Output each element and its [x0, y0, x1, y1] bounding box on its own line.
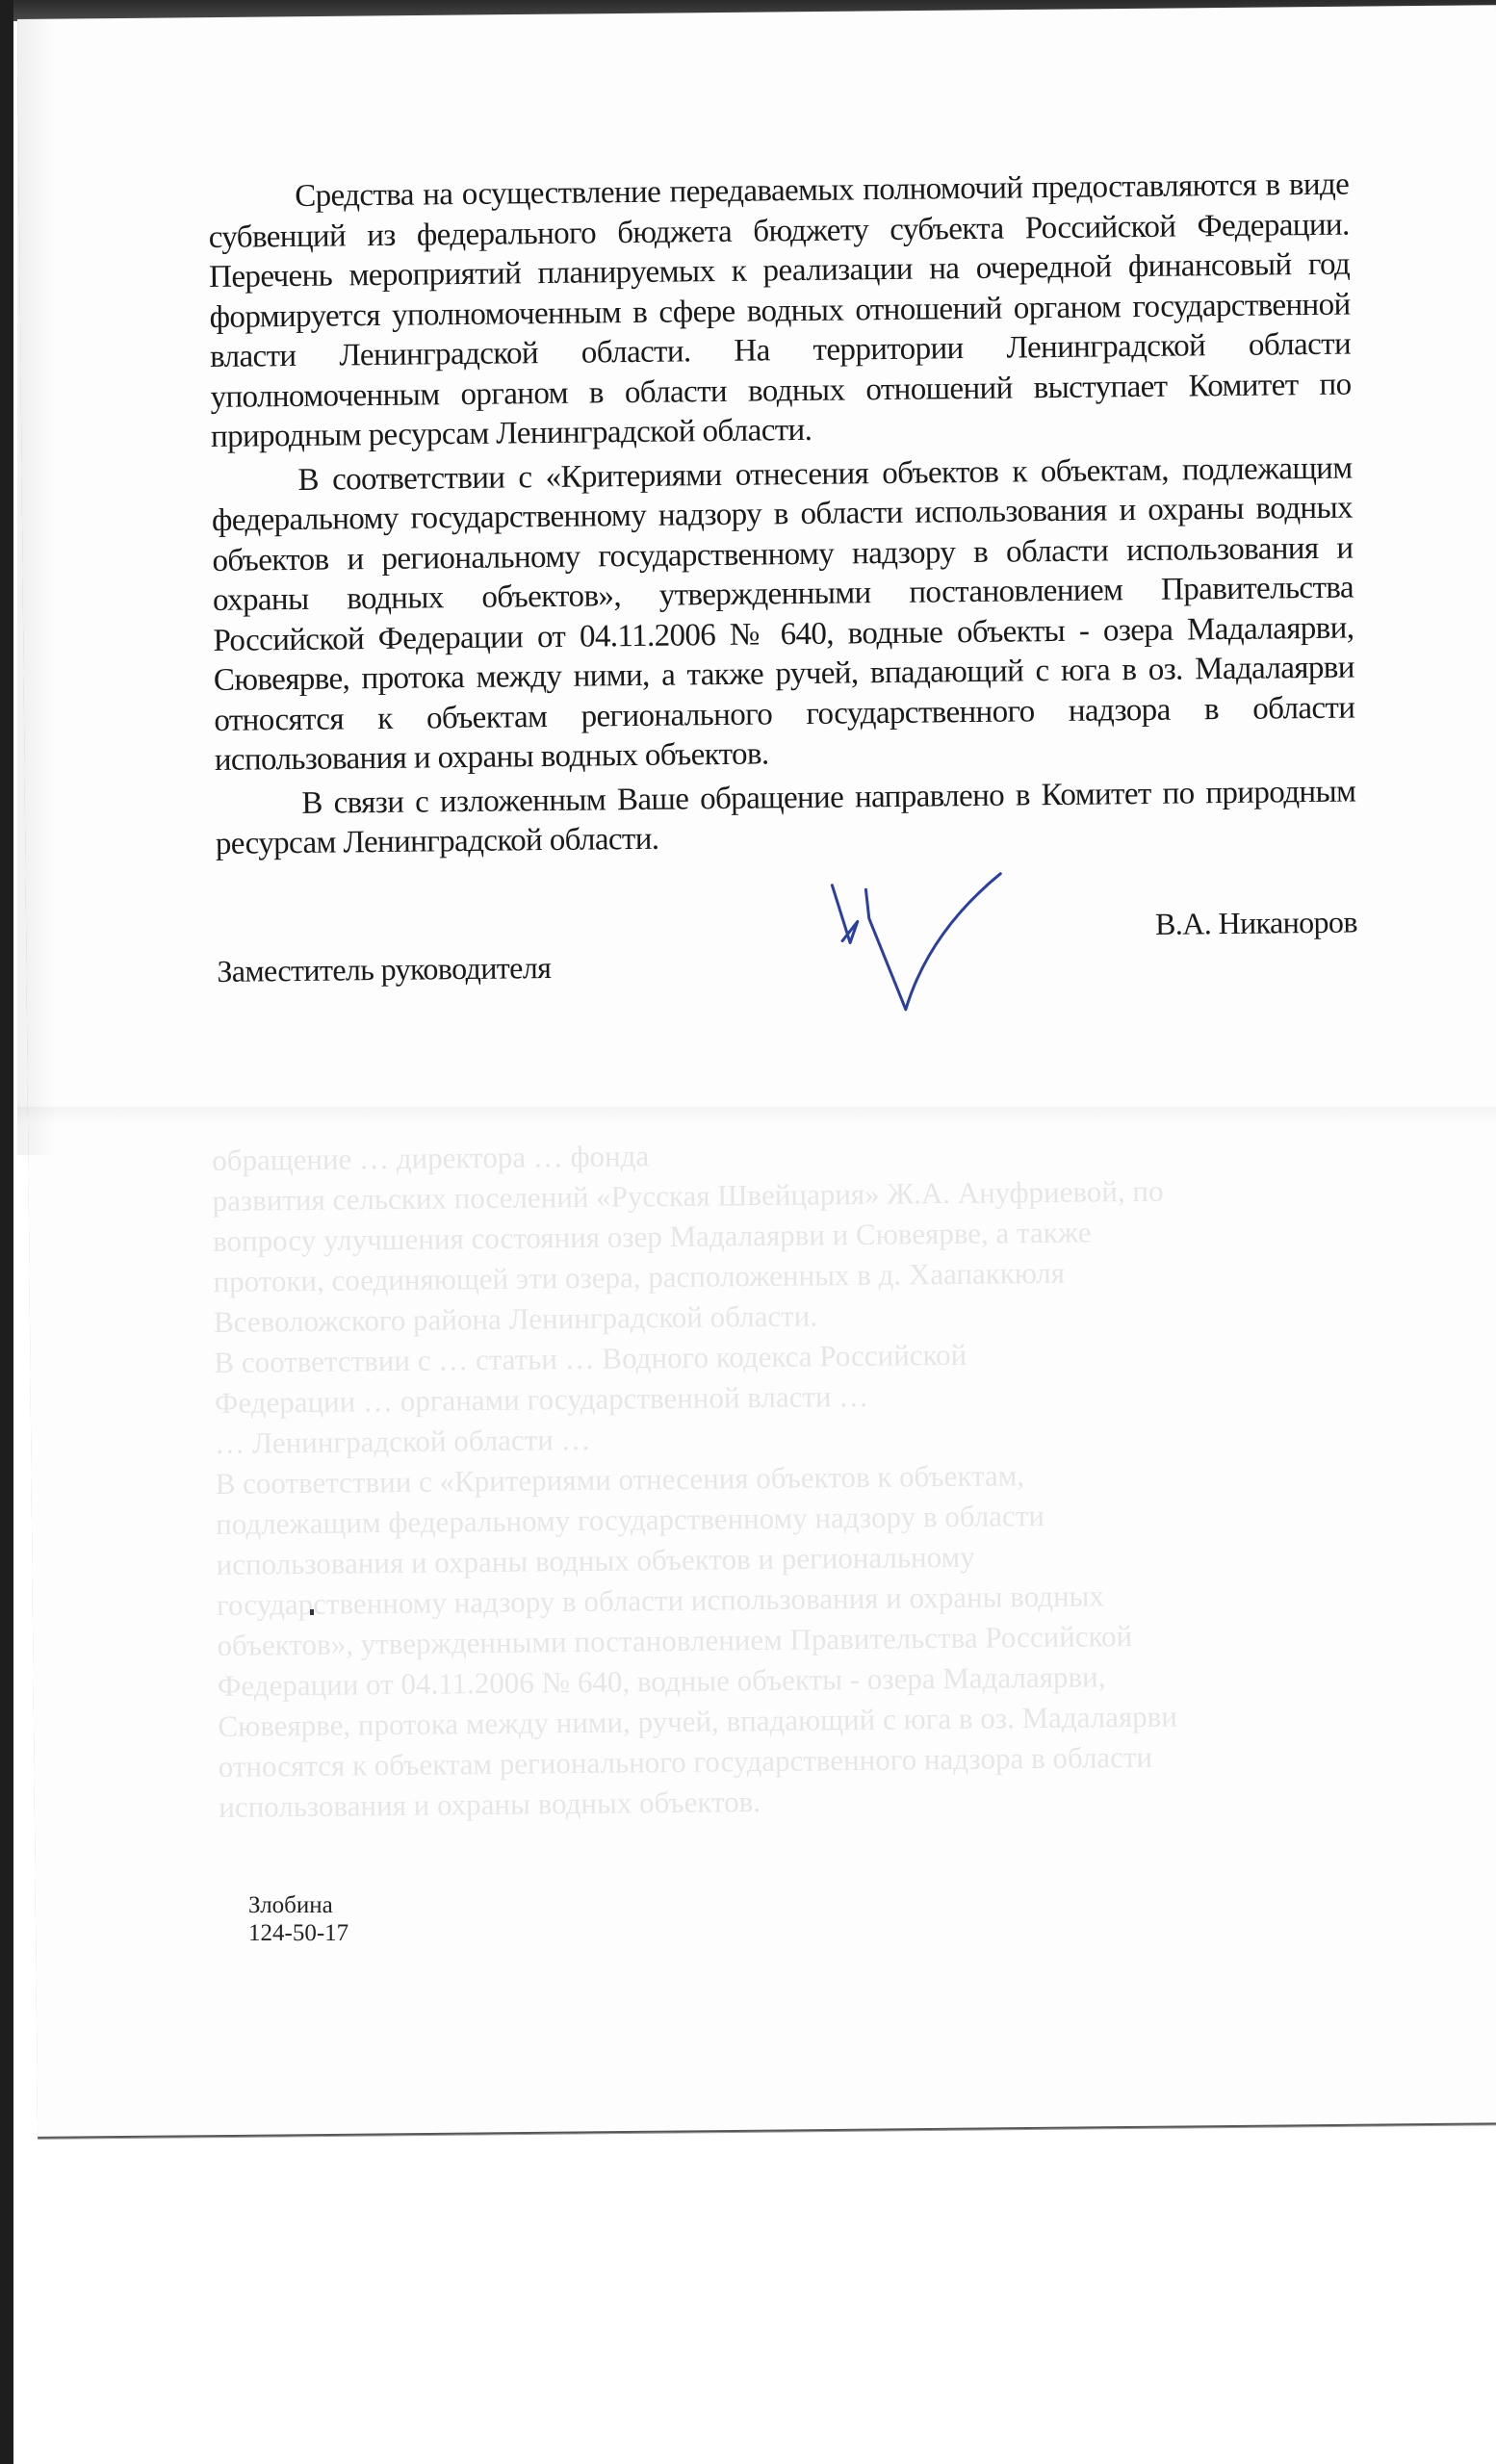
bleed-through-text: обращение … директора … фонда развития с… — [212, 1128, 1393, 1828]
fold-crease — [17, 1107, 1496, 1124]
paragraph-subventions: Средства на осуществление передаваемых п… — [208, 166, 1352, 458]
executor-phone: 124-50-17 — [248, 1919, 348, 1947]
letter-body: Средства на осуществление передаваемых п… — [208, 166, 1358, 1008]
ink-speck — [310, 1609, 314, 1615]
signatory-position: Заместитель руководителя — [217, 948, 551, 991]
signature-block: Заместитель руководителя В.А. Никаноров — [217, 888, 1358, 1007]
paragraph-redirect: В связи с изложенным Ваше обращение напр… — [215, 772, 1356, 864]
page-shadow — [17, 19, 56, 1155]
handwritten-signature-icon — [812, 863, 1045, 1030]
executor-info: Злобина 124-50-17 — [248, 1891, 348, 1947]
executor-name: Злобина — [248, 1891, 348, 1919]
paragraph-criteria: В соответствии с «Критериями отнесения о… — [211, 449, 1355, 781]
scanner-edge-left — [0, 0, 13, 2464]
signatory-name: В.А. Никаноров — [1155, 902, 1357, 944]
